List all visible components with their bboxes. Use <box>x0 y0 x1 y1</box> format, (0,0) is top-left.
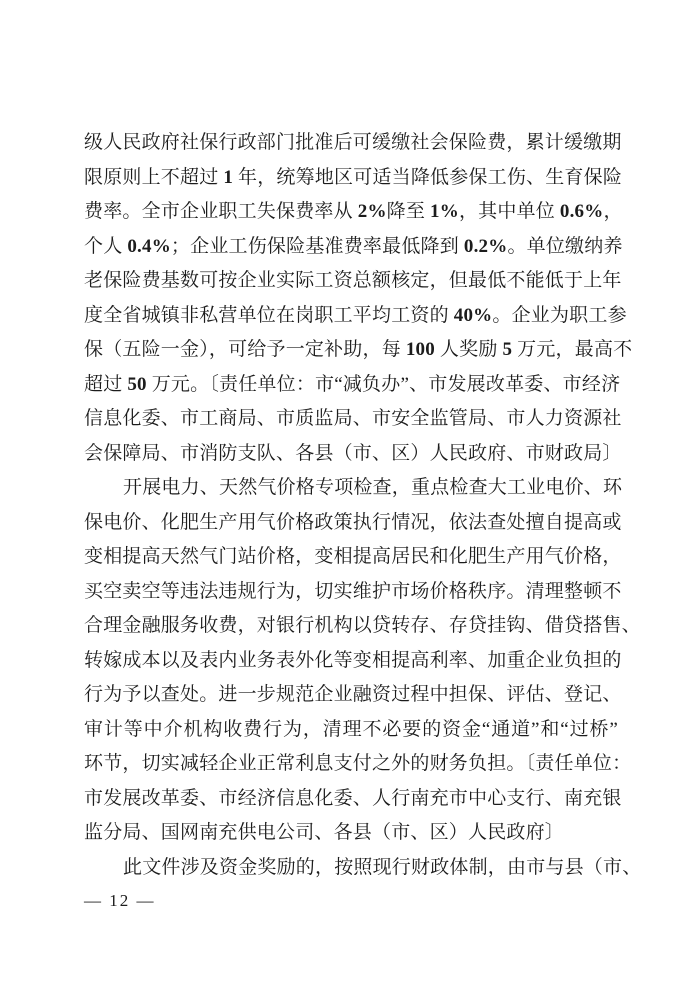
paragraph: 级人民政府社保行政部门批准后可缓缴社会保险费，累计缓缴期限原则上不超过 1 年，… <box>84 126 618 471</box>
text-line: 变相提高天然气门站价格，变相提高居民和化肥生产用气价格， <box>84 540 618 575</box>
text-line: 个人 0.4%；企业工伤保险基准费率最低降到 0.2%。单位缴纳养 <box>84 230 618 265</box>
text-line: 合理金融服务收费，对银行机构以贷转存、存贷挂钩、借贷搭售、 <box>84 609 618 644</box>
document-body: 级人民政府社保行政部门批准后可缓缴社会保险费，累计缓缴期限原则上不超过 1 年，… <box>84 126 618 885</box>
text-line: 保（五险一金），可给予一定补助，每 100 人奖励 5 万元，最高不 <box>84 333 618 368</box>
text-line: 行为予以查处。进一步规范企业融资过程中担保、评估、登记、 <box>84 678 618 713</box>
text-line: 限原则上不超过 1 年，统筹地区可适当降低参保工伤、生育保险 <box>84 161 618 196</box>
text-line: 会保障局、市消防支队、各县（市、区）人民政府、市财政局〕 <box>84 437 618 472</box>
text-line: 保电价、化肥生产用气价格政策执行情况，依法查处擅自提高或 <box>84 506 618 541</box>
document-page: 级人民政府社保行政部门批准后可缓缴社会保险费，累计缓缴期限原则上不超过 1 年，… <box>0 0 700 990</box>
text-line: 老保险费基数可按企业实际工资总额核定，但最低不能低于上年 <box>84 264 618 299</box>
text-line: 买空卖空等违法违规行为，切实维护市场价格秩序。清理整顿不 <box>84 575 618 610</box>
text-line: 超过 50 万元。〔责任单位：市“减负办”、市发展改革委、市经济 <box>84 368 618 403</box>
text-line: 开展电力、天然气价格专项检查，重点检查大工业电价、环 <box>84 471 618 506</box>
paragraph: 此文件涉及资金奖励的，按照现行财政体制，由市与县（市、 <box>84 851 618 886</box>
text-line: 环节，切实减轻企业正常利息支付之外的财务负担。〔责任单位： <box>84 747 618 782</box>
text-line: 级人民政府社保行政部门批准后可缓缴社会保险费，累计缓缴期 <box>84 126 618 161</box>
text-line: 费率。全市企业职工失保费率从 2%降至 1%，其中单位 0.6%， <box>84 195 618 230</box>
text-line: 监分局、国网南充供电公司、各县（市、区）人民政府〕 <box>84 816 618 851</box>
paragraph: 开展电力、天然气价格专项检查，重点检查大工业电价、环保电价、化肥生产用气价格政策… <box>84 471 618 851</box>
text-line: 信息化委、市工商局、市质监局、市安全监管局、市人力资源社 <box>84 402 618 437</box>
text-line: 此文件涉及资金奖励的，按照现行财政体制，由市与县（市、 <box>84 851 618 886</box>
text-line: 审计等中介机构收费行为，清理不必要的资金“通道”和“过桥” <box>84 713 618 748</box>
text-line: 转嫁成本以及表内业务表外化等变相提高利率、加重企业负担的 <box>84 644 618 679</box>
text-line: 度全省城镇非私营单位在岗职工平均工资的 40%。企业为职工参 <box>84 299 618 334</box>
page-number: — 12 — <box>84 889 156 913</box>
text-line: 市发展改革委、市经济信息化委、人行南充市中心支行、南充银 <box>84 782 618 817</box>
